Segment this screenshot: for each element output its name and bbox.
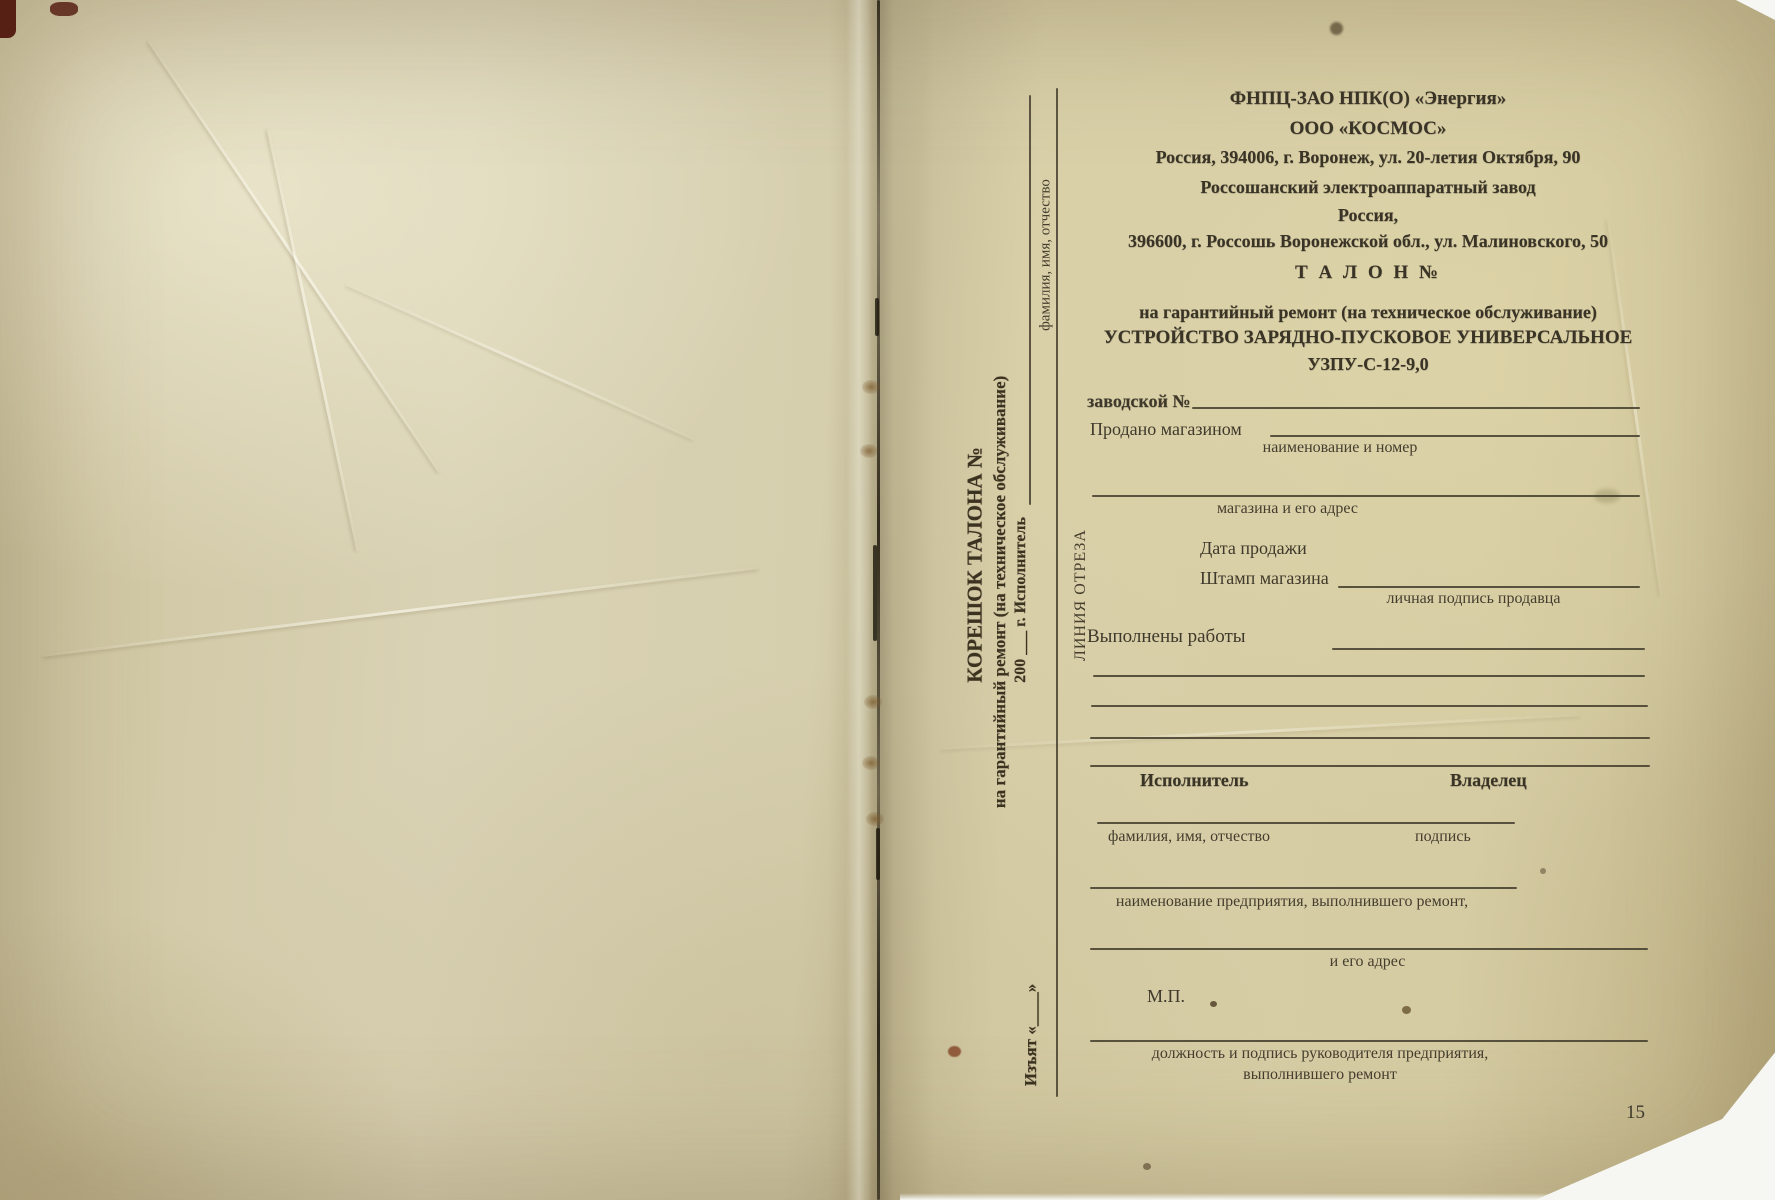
name-signature-blank (1097, 822, 1515, 824)
header-line: 396600, г. Россошь Воронежской обл., ул.… (1088, 231, 1648, 252)
booklet-spread: КОРЕШОК ТАЛОНА № на гарантийный ремонт (… (0, 0, 1775, 1200)
scan-edge (1535, 1020, 1775, 1200)
spine-shadow (828, 0, 934, 1200)
cut-line (1056, 88, 1058, 1097)
executor-caption: фамилия, имя, отчество (1108, 828, 1270, 846)
owner-label: Владелец (1450, 770, 1527, 791)
works-blank-5 (1090, 765, 1650, 767)
device-model: УЗПУ-С-12-9,0 (1088, 354, 1648, 375)
company-address-caption: и его адрес (1260, 953, 1475, 971)
company-caption: наименование предприятия, выполнившего р… (1092, 893, 1492, 911)
paper-crease (43, 566, 758, 657)
serial-number-blank (1192, 407, 1640, 409)
shop-address-caption: магазина и его адрес (1180, 500, 1395, 518)
seal-label: М.П. (1147, 986, 1185, 1007)
company-blank (1090, 887, 1517, 889)
shop-address-blank (1092, 495, 1640, 497)
works-blank-3 (1091, 705, 1648, 707)
works-label: Выполнены работы (1087, 626, 1246, 648)
director-caption-line2: выполнившего ремонт (1095, 1066, 1545, 1084)
sold-by-blank (1270, 435, 1640, 437)
director-blank (1090, 1040, 1648, 1042)
stub-executor-blank-line (1029, 95, 1031, 505)
works-blank-4 (1090, 737, 1650, 739)
spine-highlight (846, 0, 872, 1200)
sale-date-label: Дата продажи (1200, 538, 1307, 559)
stub-subtitle: на гарантийный ремонт (на техническое об… (990, 376, 1010, 808)
sold-by-label: Продано магазином (1090, 419, 1242, 440)
header-line: Россия, 394006, г. Воронеж, ул. 20-летия… (1088, 147, 1648, 168)
stain (1143, 1163, 1151, 1170)
paper-crease (940, 713, 1579, 749)
executor-label: Исполнитель (1140, 770, 1248, 791)
coupon-title: Т А Л О Н № (1088, 262, 1648, 284)
works-blank-2 (1093, 675, 1645, 677)
stub-title: КОРЕШОК ТАЛОНА № (963, 447, 988, 683)
scan-edge (1719, 0, 1775, 20)
director-caption-line1: должность и подпись руководителя предпри… (1095, 1045, 1545, 1063)
stain (1402, 1006, 1411, 1014)
stain (1210, 1001, 1217, 1007)
page-number: 15 (1626, 1102, 1645, 1124)
coupon-subtitle: на гарантийный ремонт (на техническое об… (1088, 302, 1648, 323)
owner-caption: подпись (1415, 828, 1471, 846)
serial-number-label: заводской № (1087, 391, 1191, 412)
scanned-warranty-booklet: КОРЕШОК ТАЛОНА № на гарантийный ремонт (… (0, 0, 1775, 1200)
device-name: УСТРОЙСТВО ЗАРЯДНО-ПУСКОВОЕ УНИВЕРСАЛЬНО… (1088, 327, 1648, 349)
stub-name-caption: фамилия, имя, отчество (1038, 179, 1055, 331)
sold-by-caption: наименование и номер (1230, 439, 1450, 457)
stamp-label: Штамп магазина (1200, 568, 1329, 589)
company-address-blank (1090, 948, 1648, 950)
stamp-blank (1338, 586, 1640, 588)
scan-edge (900, 1193, 1775, 1200)
stain (1330, 22, 1343, 35)
corner-mark (0, 0, 16, 38)
stub-removed-label: Изъят «____» (1021, 984, 1041, 1086)
stub-year-executor-line: 200 ___ г. Исполнитель (1012, 517, 1030, 683)
works-blank-1 (1332, 648, 1645, 650)
header-line: Россия, (1088, 205, 1648, 226)
header-line: ФНПЦ-ЗАО НПК(О) «Энергия» (1088, 88, 1648, 110)
paper-crease (346, 283, 694, 440)
stain (1540, 868, 1546, 874)
corner-mark (50, 2, 78, 16)
stain (948, 1046, 961, 1057)
stamp-caption: личная подпись продавца (1356, 590, 1591, 608)
header-line: ООО «КОСМОС» (1088, 118, 1648, 140)
spine-fold-line (877, 0, 880, 1200)
header-line: Россошанский электроаппаратный завод (1088, 177, 1648, 198)
paper-crease (267, 130, 359, 551)
